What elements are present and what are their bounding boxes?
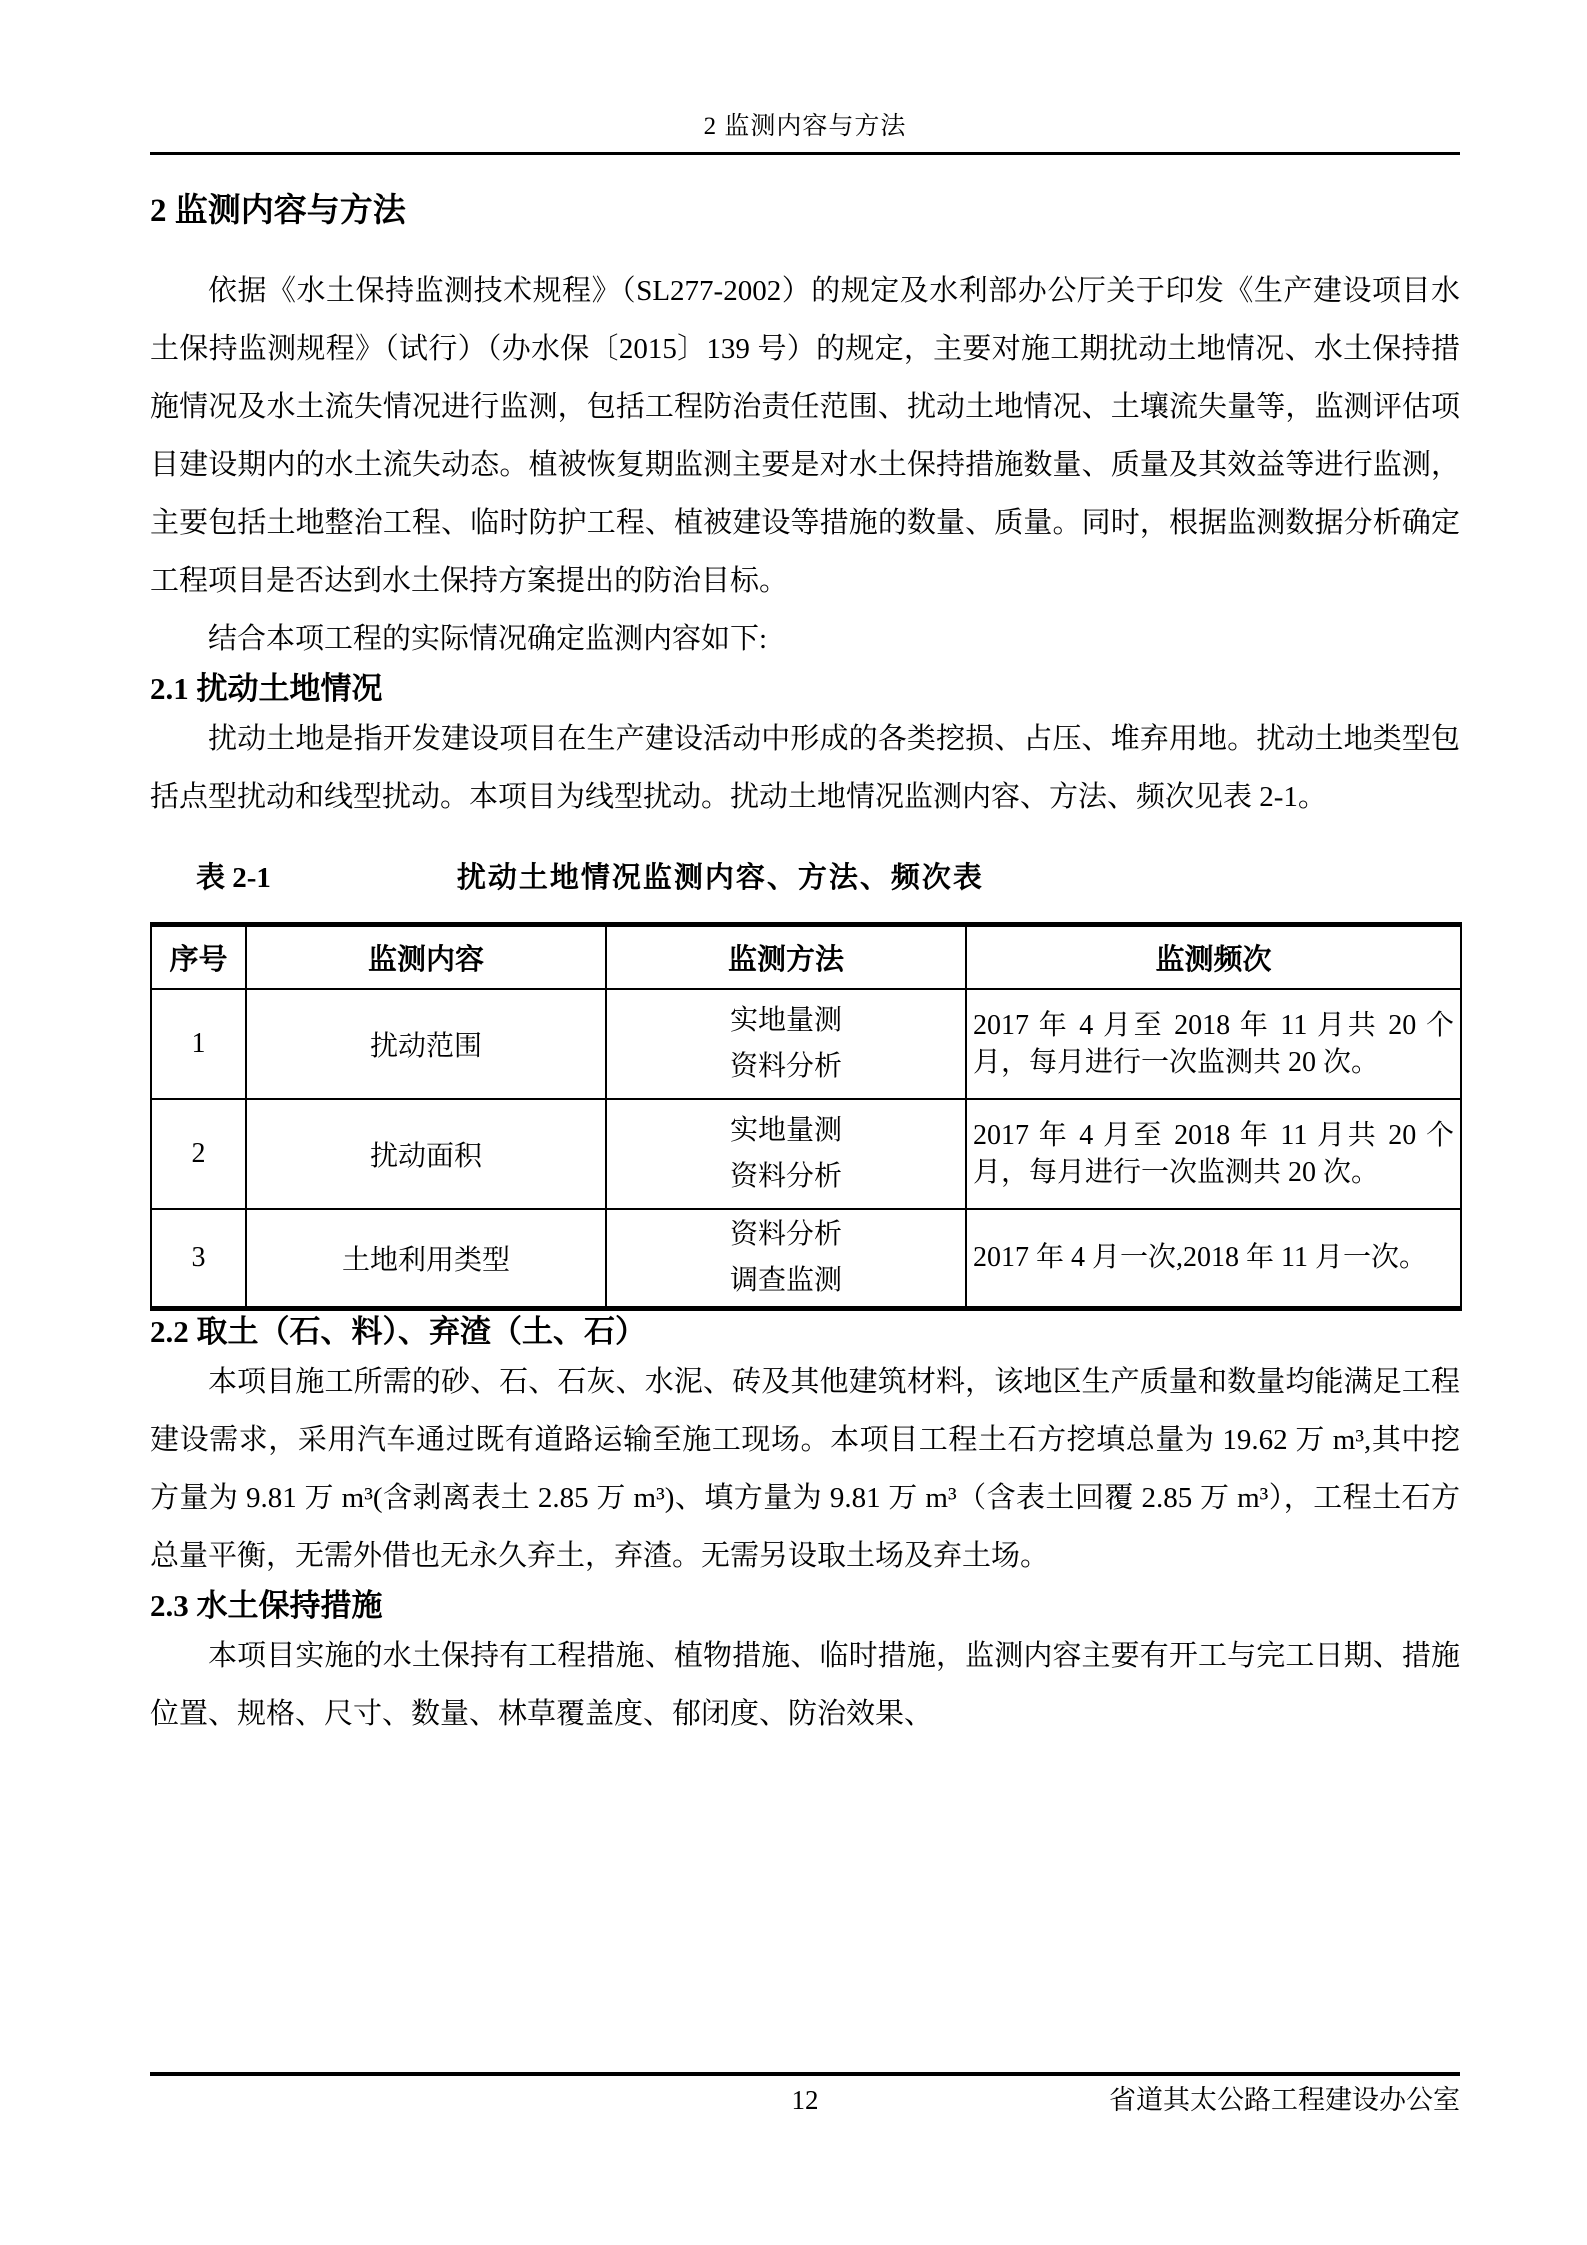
section-heading-2-2: 2.2 取土（石、料）、弃渣（土、石） — [150, 1311, 1460, 1353]
table-row: 3 土地利用类型 资料分析 调查监测 2017 年 4 月一次,2018 年 1… — [151, 1209, 1461, 1309]
table-cell-content: 扰动范围 — [246, 989, 606, 1099]
table-header-cell-frequency: 监测频次 — [966, 925, 1461, 989]
table-header-cell-content: 监测内容 — [246, 925, 606, 989]
table-2-1: 序号 监测内容 监测方法 监测频次 1 扰动范围 实地量测 资料分析 2017 … — [150, 922, 1462, 1311]
table-header-row: 序号 监测内容 监测方法 监测频次 — [151, 925, 1461, 989]
table-cell-frequency: 2017 年 4 月至 2018 年 11 月共 20 个月，每月进行一次监测共… — [966, 989, 1461, 1099]
document-body: 2 监测内容与方法 依据《水土保持监测技术规程》（SL277-2002）的规定及… — [150, 190, 1460, 1743]
running-header: 2 监测内容与方法 — [150, 112, 1460, 142]
table-cell-method: 资料分析 调查监测 — [606, 1209, 966, 1309]
table-caption-label: 表 2-1 — [196, 860, 271, 896]
table-cell-no: 3 — [151, 1209, 246, 1309]
table-cell-no: 2 — [151, 1099, 246, 1209]
table-caption-title: 扰动土地情况监测内容、方法、频次表 — [457, 860, 984, 896]
paragraph-2-1: 扰动土地是指开发建设项目在生产建设活动中形成的各类挖损、占压、堆弃用地。扰动土地… — [150, 710, 1460, 826]
footer-rule — [150, 2072, 1460, 2076]
section-heading-2-1: 2.1 扰动土地情况 — [150, 668, 1460, 710]
table-cell-frequency: 2017 年 4 月一次,2018 年 11 月一次。 — [966, 1209, 1461, 1309]
paragraph-lead-in: 结合本项工程的实际情况确定监测内容如下: — [150, 610, 1460, 668]
section-heading-2: 2 监测内容与方法 — [150, 190, 1460, 232]
table-cell-content: 土地利用类型 — [246, 1209, 606, 1309]
paragraph-2-2: 本项目施工所需的砂、石、石灰、水泥、砖及其他建筑材料，该地区生产质量和数量均能满… — [150, 1353, 1460, 1585]
table-cell-no: 1 — [151, 989, 246, 1099]
table-cell-method: 实地量测 资料分析 — [606, 1099, 966, 1209]
document-page: 2 监测内容与方法 2 监测内容与方法 依据《水土保持监测技术规程》（SL277… — [0, 0, 1587, 2245]
table-row: 1 扰动范围 实地量测 资料分析 2017 年 4 月至 2018 年 11 月… — [151, 989, 1461, 1099]
footer-office-name: 省道其太公路工程建设办公室 — [1109, 2082, 1460, 2118]
table-cell-method: 实地量测 资料分析 — [606, 989, 966, 1099]
table-header-cell-method: 监测方法 — [606, 925, 966, 989]
table-header-cell-no: 序号 — [151, 925, 246, 989]
table-cell-content: 扰动面积 — [246, 1099, 606, 1209]
paragraph-2-3: 本项目实施的水土保持有工程措施、植物措施、临时措施，监测内容主要有开工与完工日期… — [150, 1627, 1460, 1743]
paragraph-intro: 依据《水土保持监测技术规程》（SL277-2002）的规定及水利部办公厅关于印发… — [150, 262, 1460, 610]
table-row: 2 扰动面积 实地量测 资料分析 2017 年 4 月至 2018 年 11 月… — [151, 1099, 1461, 1209]
table-caption: 表 2-1 扰动土地情况监测内容、方法、频次表 — [150, 860, 1460, 896]
section-heading-2-3: 2.3 水土保持措施 — [150, 1585, 1460, 1627]
page-footer: 12 省道其太公路工程建设办公室 — [150, 2082, 1460, 2118]
header-rule — [150, 152, 1460, 155]
table-cell-frequency: 2017 年 4 月至 2018 年 11 月共 20 个月，每月进行一次监测共… — [966, 1099, 1461, 1209]
